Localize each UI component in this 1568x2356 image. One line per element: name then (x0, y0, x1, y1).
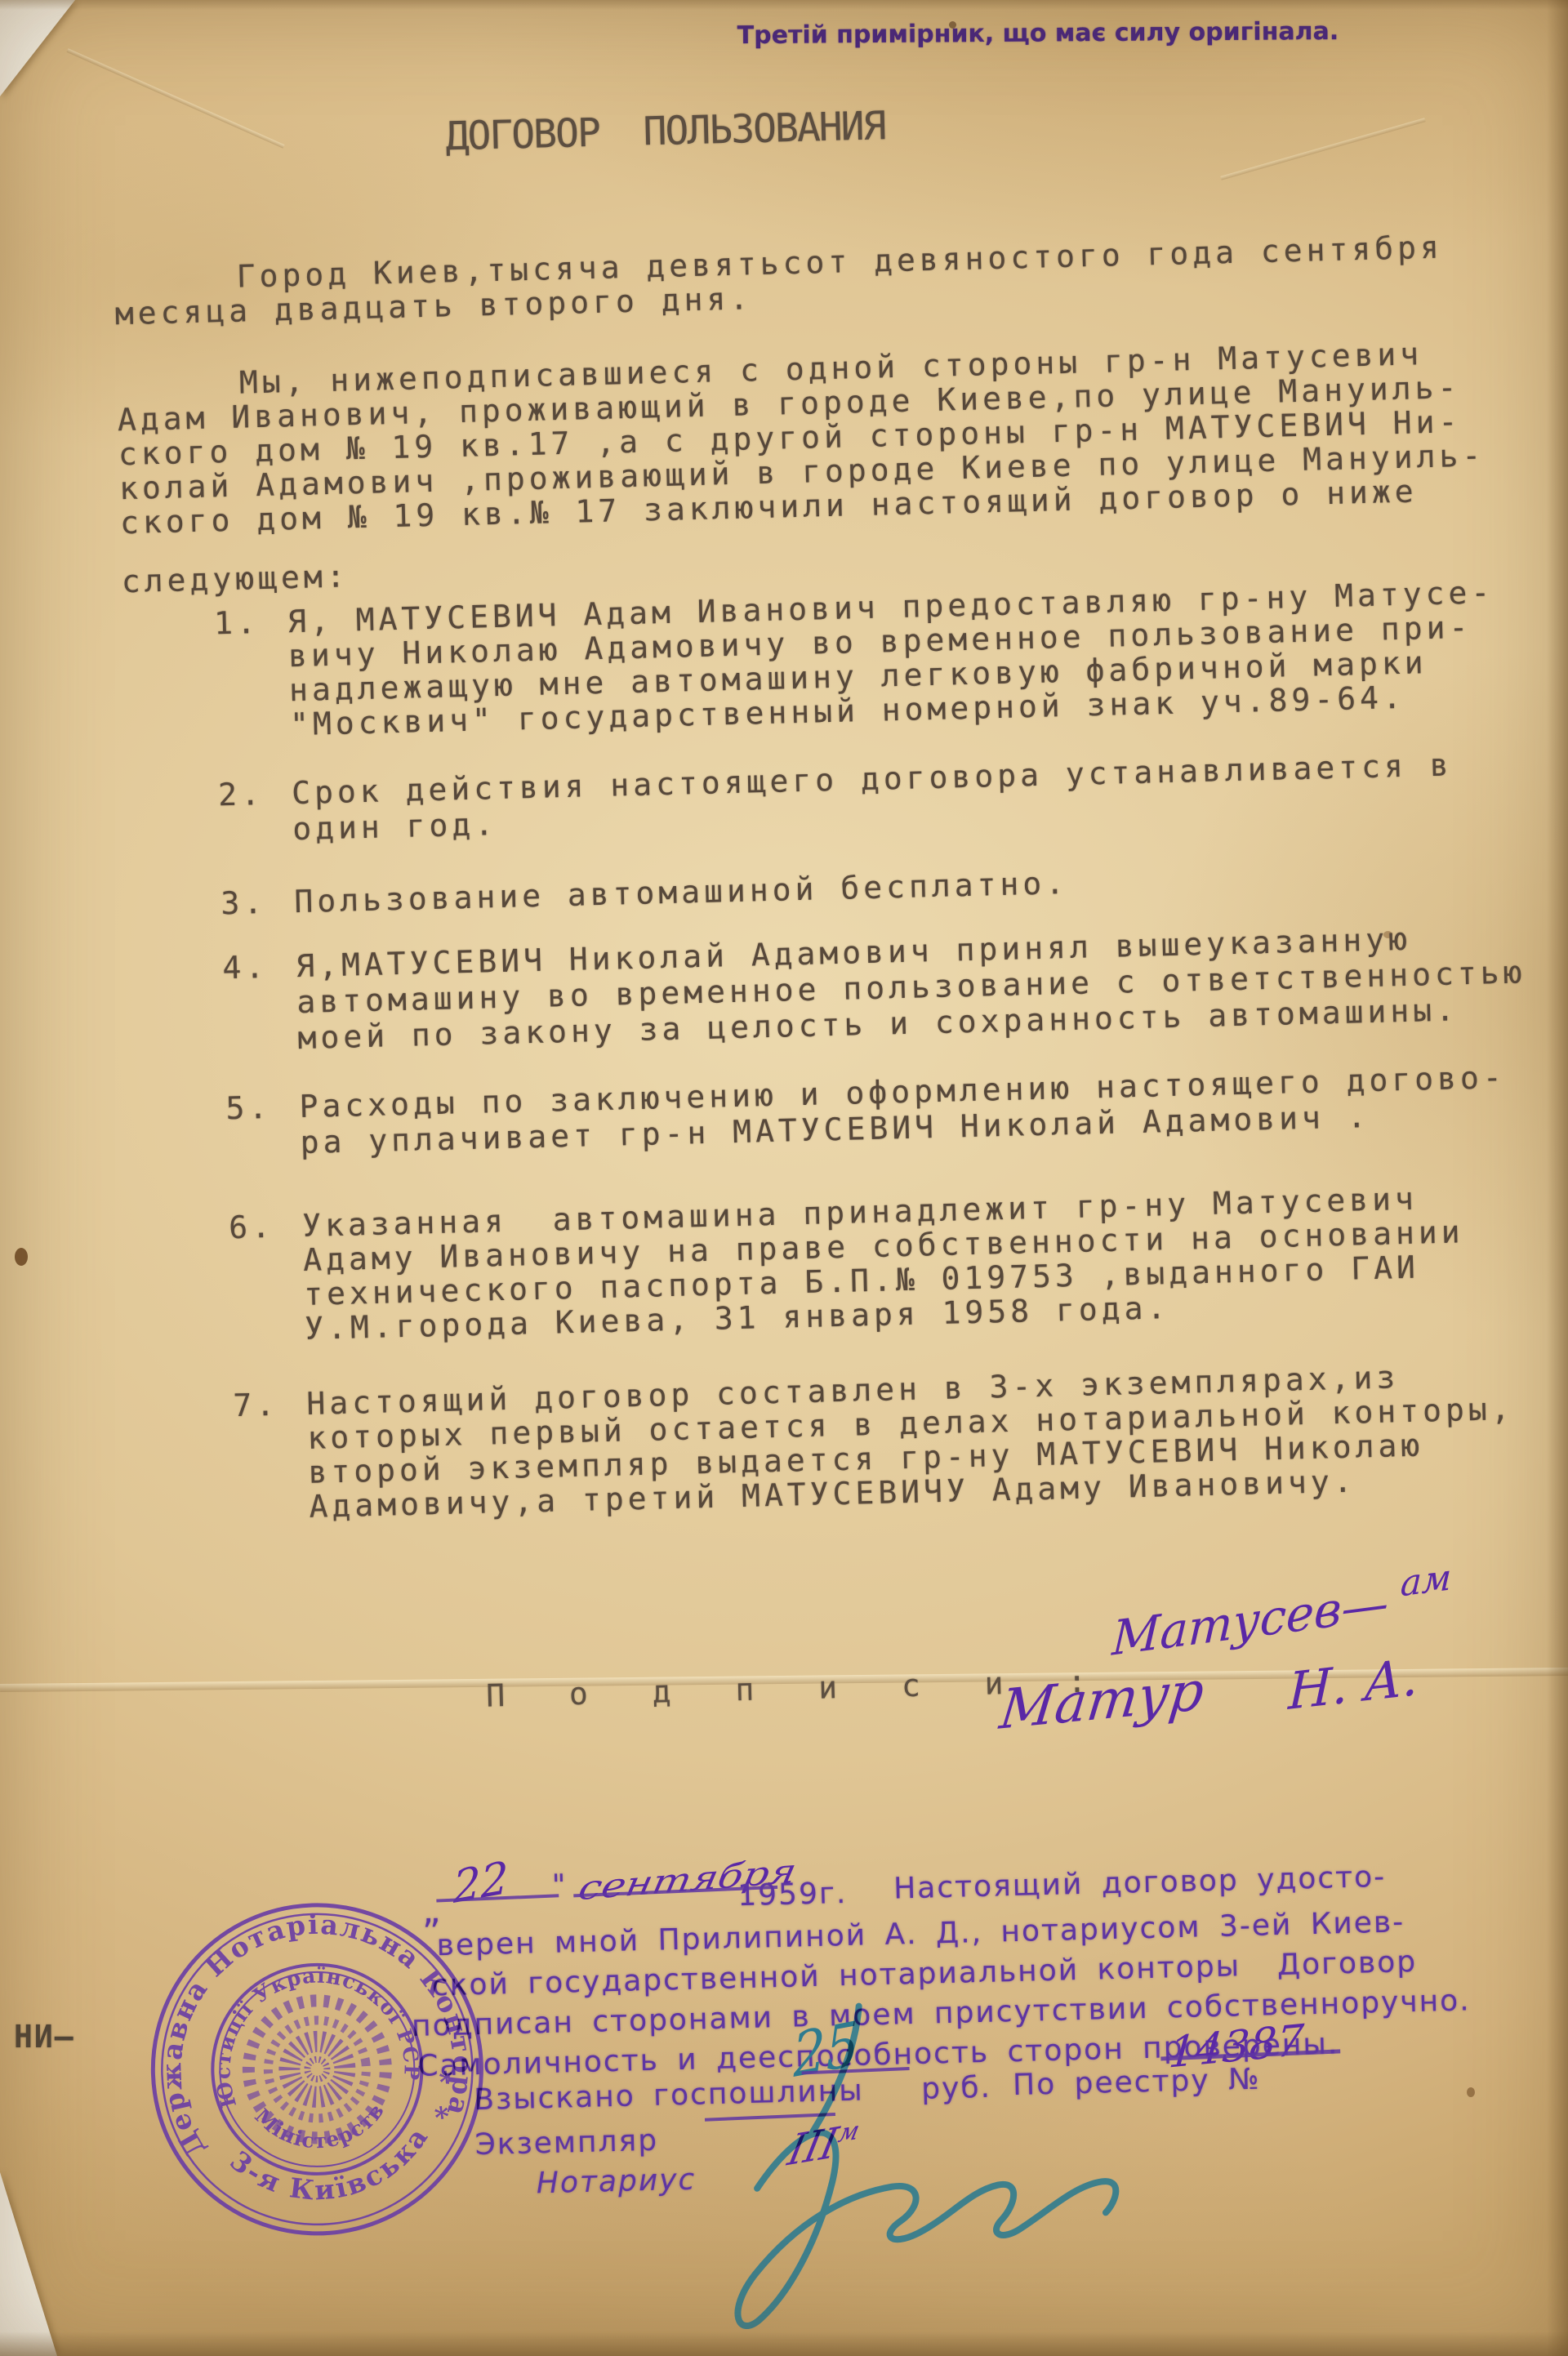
close-quote: " (551, 1868, 568, 1902)
item-3-line: Пользование автомашиной бесплатно. (294, 866, 1069, 919)
parties-line: следующем: (121, 559, 350, 599)
signature-tail: ам (1400, 1557, 1453, 1606)
intro-line: Город Киев,тысяча девятьсот девяностого … (236, 230, 1443, 294)
document-body: Третій примірник, що має силу оригінала.… (0, 0, 1568, 2356)
notary-signature-flourish (733, 2126, 1119, 2327)
notary-signature (703, 1981, 1234, 2345)
item-2-line: Срок действия настоящего договора устана… (292, 747, 1453, 810)
seal-center-emblem (306, 2058, 328, 2080)
page-edge-shadow (0, 2332, 1568, 2356)
item-3-number: 3. (220, 885, 267, 920)
notary-round-seal: Державна Нотаріальна Контора 3-я Київськ… (115, 1867, 519, 2271)
torn-corner-top-left (0, 0, 75, 96)
scanned-contract-page: Третій примірник, що має силу оригінала.… (0, 0, 1568, 2356)
item-7-number: 7. (233, 1387, 279, 1423)
item-2-number: 2. (218, 777, 265, 812)
item-5-number: 5. (225, 1090, 272, 1125)
signature-stroke: Матусев— (1111, 1574, 1389, 1667)
item-1-number: 1. (214, 605, 261, 640)
item-4-number: 4. (222, 950, 269, 985)
document-title: ДОГОВОР ПОЛЬЗОВАНИЯ (445, 103, 885, 159)
edge-text-fragment: НИ— (14, 2019, 75, 2055)
page-edge-shadow (0, 0, 1568, 10)
page-edge-shadow (1547, 0, 1568, 2356)
notary-line-1: Настоящий договор удосто- (893, 1860, 1387, 1906)
notary-year: 1959г. (737, 1877, 848, 1913)
seal-ring-top-text: Державна Нотаріальна Контора (133, 1886, 488, 2165)
notary-signature-upstroke (810, 2006, 862, 2131)
seal-inner-bottom-text: Міністерство (242, 2042, 394, 2163)
item-6-number: 6. (229, 1209, 275, 1245)
third-copy-stamp-note: Третій примірник, що має силу оригінала. (737, 17, 1339, 50)
seal-sunburst (286, 2038, 349, 2100)
intro-line: месяца двадцать второго дня. (114, 281, 752, 331)
torn-corner-bottom-left (0, 2172, 57, 2356)
item-2-line: один год. (292, 807, 498, 846)
seal-wreath-inner (261, 2014, 372, 2125)
notary-title-label: Нотариус (536, 2163, 696, 2201)
